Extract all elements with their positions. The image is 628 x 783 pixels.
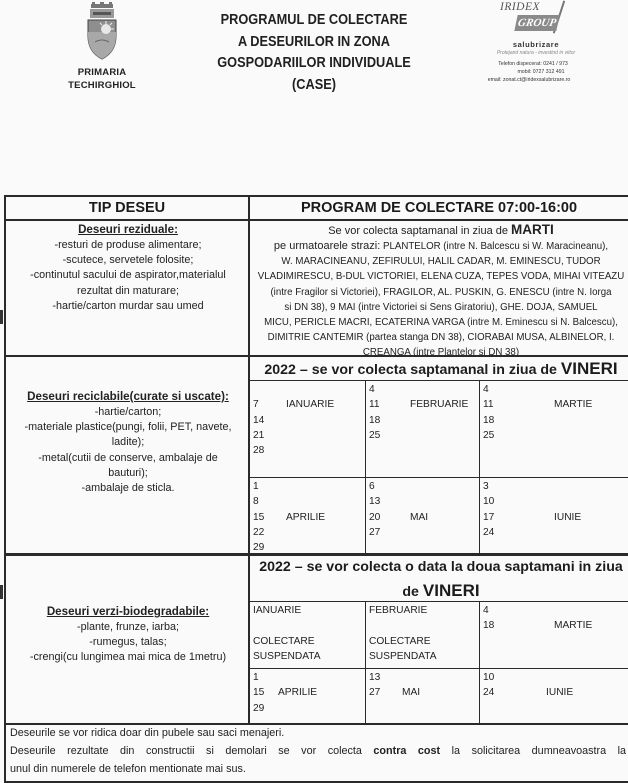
suspension-status: SUSPENDATA [253, 649, 321, 664]
contact-mobile: mobil: 0727 312 491 [454, 69, 628, 77]
month-cell-martie: 411MARTIE1825 [480, 382, 592, 443]
street-line: pe urmatoarele strazi: PLANTELOR (intre … [252, 239, 628, 254]
month-cell-mai: 1327MAI [366, 670, 478, 701]
month-name: MAI [410, 510, 428, 525]
month-cell-ianuarie: 7IANUARIE142128 [250, 382, 362, 458]
collection-day: VINERI [561, 359, 618, 378]
collection-date: 20 [369, 510, 380, 525]
street-line: si DN 38), 9 MAI (intre Victoriei si Sen… [252, 300, 628, 315]
category-title: Deseuri verzi-biodegradabile: [6, 604, 250, 620]
collection-date: 24 [483, 685, 494, 700]
month-cell-aprilie: 1815APRILIE2229 [250, 479, 362, 555]
collection-date: 4 [369, 382, 375, 397]
column-header-schedule: PROGRAM DE COLECTARE 07:00-16:00 [250, 197, 628, 220]
scan-artifact [0, 585, 3, 599]
collection-date: 1 [253, 670, 259, 685]
category-item: -metal(cutii de conserve, ambalaje de [6, 451, 250, 466]
category-item: -scutece, servetele folosite; [6, 253, 250, 268]
contact-email: email: zonat.ct@iridexsalubrizare.ro [430, 77, 628, 85]
collection-date: 3 [483, 479, 489, 494]
collection-date: 27 [369, 685, 380, 700]
collection-date: 4 [483, 382, 489, 397]
category-item: rezultat din maturare; [6, 284, 250, 299]
collection-date: 6 [369, 479, 375, 494]
category-item: -crengi(cu lungimea mai mica de 1metru) [6, 650, 250, 665]
category-item: -resturi de produse alimentare; [6, 238, 250, 253]
category-item: ladite); [6, 435, 250, 450]
category-green: Deseuri verzi-biodegradabile: -plante, f… [6, 604, 250, 666]
collection-date: 18 [483, 413, 494, 428]
note-line: Deseurile se vor ridica doar din pubele … [10, 725, 626, 743]
recyclable-schedule-title: 2022 – se vor colecta saptamanal in ziua… [252, 357, 628, 382]
collection-date: 28 [253, 443, 264, 458]
suspension-status: COLECTARE [369, 634, 431, 649]
collection-date: 10 [483, 670, 494, 685]
month-cell-martie: 418MARTIE [480, 603, 592, 634]
green-schedule-title: 2022 – se vor colecta o data la doua sap… [252, 556, 628, 604]
collection-date: 27 [369, 525, 380, 540]
title-line: PROGRAMUL DE COLECTARE [203, 10, 425, 32]
municipality-name-line: PRIMARIA [64, 66, 140, 79]
collection-date: 25 [369, 428, 380, 443]
month-name: APRILIE [286, 510, 325, 525]
collection-date: 11 [369, 397, 380, 412]
collection-date: 13 [369, 670, 380, 685]
month-name: MARTIE [554, 618, 592, 633]
category-item: bauturi); [6, 466, 250, 481]
street-line: MICU, PERICLE MACRI, ECATERINA VARGA (in… [252, 315, 628, 330]
collection-date: 4 [483, 603, 489, 618]
category-item: -continutul sacului de aspirator,materia… [6, 268, 250, 283]
month-name: MARTIE [554, 397, 592, 412]
logo-text-iridex: IRIDEX [500, 1, 540, 13]
collection-date: 13 [369, 494, 380, 509]
category-item: -hartie/carton; [6, 405, 250, 420]
month-name: FEBRUARIE [410, 397, 468, 412]
month-cell-iunie: 31017IUNIE24 [480, 479, 592, 540]
month-cell-mai: 61320MAI27 [366, 479, 478, 540]
month-name: FEBRUARIE [369, 603, 427, 618]
category-title: Deseuri reciclabile(curate si uscate): [6, 389, 250, 405]
company-logo: IRIDEX GROUP [496, 0, 568, 42]
collection-date: 11 [483, 397, 494, 412]
collection-day: VINERI [423, 581, 480, 600]
collection-date: 10 [483, 494, 494, 509]
collection-date: 29 [253, 701, 264, 716]
document-title: PROGRAMUL DE COLECTARE A DESEURILOR IN Z… [203, 10, 425, 96]
collection-date: 21 [253, 428, 264, 443]
streets-lead: pe urmatoarele strazi: [274, 240, 380, 252]
note-emphasis: contra cost [373, 745, 440, 757]
suspension-status: COLECTARE [253, 634, 315, 649]
collection-date: 18 [483, 618, 494, 633]
company-tagline: Protejand natura - investind in viitor [444, 50, 628, 56]
logo-text-group: GROUP [514, 15, 559, 31]
collection-date: 29 [253, 540, 264, 555]
month-name: IANUARIE [253, 603, 301, 618]
company-block: IRIDEX GROUP salubrizare Protejand natur… [478, 0, 628, 84]
note-line: Deseurile rezultate din constructii si d… [10, 743, 626, 761]
suspension-status: SUSPENDATA [369, 649, 437, 664]
municipality-block: PRIMARIA TECHIRGHIOL [64, 2, 140, 92]
category-item: -plante, frunze, iarba; [6, 620, 250, 635]
collection-date: 7 [253, 397, 259, 412]
category-recyclable: Deseuri reciclabile(curate si uscate): -… [6, 389, 250, 496]
collection-date: 14 [253, 413, 264, 428]
month-cell-aprilie: 115APRILIE29 [250, 670, 362, 716]
month-cell-ianuarie: IANUARIECOLECTARESUSPENDATA [250, 603, 362, 664]
category-item: -rumegus, talas; [6, 635, 250, 650]
month-name: IUNIE [546, 685, 573, 700]
note-line: unul din numerele de telefon mentionate … [10, 761, 626, 779]
month-cell-februarie: 411FEBRUARIE1825 [366, 382, 478, 443]
collection-date: 18 [369, 413, 380, 428]
month-cell-iunie: 1024IUNIE [480, 670, 592, 701]
residual-schedule: Se vor colecta saptamanal in ziua de MAR… [252, 222, 628, 361]
title-line: A DESEURILOR IN ZONA [203, 32, 425, 54]
month-name: IANUARIE [286, 397, 334, 412]
street-line: (intre Fragilor si Victoriei), FRAGILOR,… [252, 285, 628, 300]
title-line: GOSPODARIILOR INDIVIDUALE (CASE) [203, 53, 425, 96]
street-line: W. MARACINEANU, ZEFIRULUI, HALIL CADAR, … [252, 254, 628, 269]
contact-phone: Telefon dispecerat: 0241 / 973 [438, 61, 628, 69]
coat-of-arms-icon [85, 2, 119, 60]
street-line: DIMITRIE CANTEMIR (partea stanga DN 38),… [252, 330, 628, 345]
collection-date: 15 [253, 685, 264, 700]
street-line: VLADIMIRESCU, B-DUL VICTORIEI, ELENA CUZ… [252, 269, 628, 284]
collection-date: 24 [483, 525, 494, 540]
category-residual: Deseuri reziduale: -resturi de produse a… [6, 222, 250, 314]
company-contact: Telefon dispecerat: 0241 / 973 mobil: 07… [438, 61, 628, 84]
month-cell-februarie: FEBRUARIECOLECTARESUSPENDATA [366, 603, 478, 664]
scan-artifact [0, 310, 3, 324]
collection-day: MARTI [511, 222, 554, 237]
collection-date: 15 [253, 510, 264, 525]
collection-date: 25 [483, 428, 494, 443]
residual-intro: Se vor colecta saptamanal in ziua de MAR… [252, 222, 628, 239]
category-item: -hartie/carton murdar sau umed [6, 299, 250, 314]
collection-date: 22 [253, 525, 264, 540]
collection-schedule-table: TIP DESEU PROGRAM DE COLECTARE 07:00-16:… [4, 195, 628, 783]
month-name: IUNIE [554, 510, 581, 525]
month-name: MAI [402, 685, 420, 700]
notes: Deseurile se vor ridica doar din pubele … [10, 725, 626, 778]
column-header-waste-type: TIP DESEU [6, 197, 248, 220]
category-item: -ambalaje de sticla. [6, 481, 250, 496]
collection-date: 1 [253, 479, 259, 494]
category-item: -materiale plastice(pungi, folii, PET, n… [6, 420, 250, 435]
municipality-name-line: TECHIRGHIOL [64, 79, 140, 92]
collection-date: 17 [483, 510, 494, 525]
collection-date: 8 [253, 494, 259, 509]
category-title: Deseuri reziduale: [6, 222, 250, 238]
month-name: APRILIE [278, 685, 317, 700]
